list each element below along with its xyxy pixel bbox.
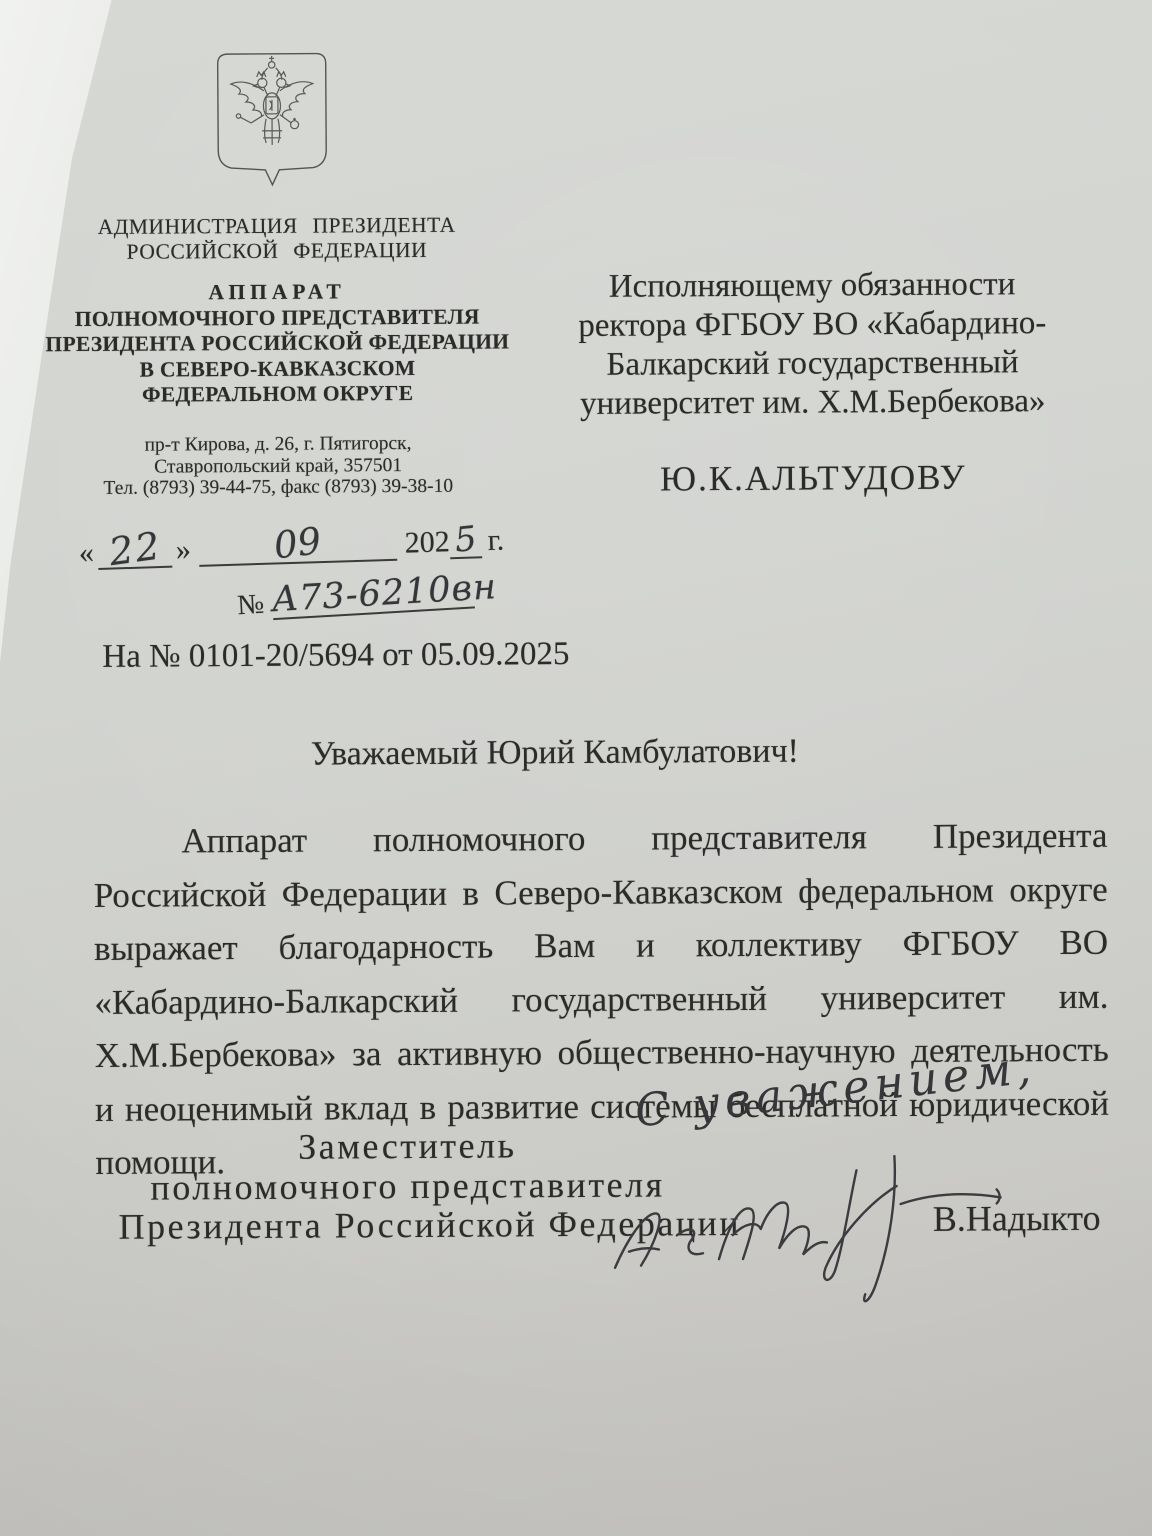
handwritten-year-digit: 5: [453, 519, 479, 561]
year-printed: 202: [404, 525, 450, 560]
address-line: пр-т Кирова, д. 26, г. Пятигорск,: [38, 432, 518, 456]
address-line: Тел. (8793) 39-44-75, факс (8793) 39-38-…: [38, 475, 518, 499]
letterhead-office-line: В СЕВЕРО-КАВКАЗСКОМ: [27, 355, 527, 384]
date-day-slot: 22: [97, 522, 172, 570]
coat-of-arms-icon: [216, 52, 329, 193]
handwritten-day: 22: [106, 523, 164, 574]
letterhead-line: АДМИНИСТРАЦИЯ ПРЕЗИДЕНТА: [37, 212, 517, 240]
year-suffix: г.: [487, 524, 504, 558]
reference-line: На № 0101-20/5694 от 05.09.2025: [102, 636, 569, 676]
letter-page: АДМИНИСТРАЦИЯ ПРЕЗИДЕНТА РОССИЙСКОЙ ФЕДЕ…: [0, 0, 1152, 1536]
handwritten-month: 09: [272, 519, 324, 567]
letterhead-office-line: ФЕДЕРАЛЬНОМ ОКРУГЕ: [28, 380, 528, 409]
outgoing-number-line: № А73-6210вн: [236, 566, 475, 622]
recipient-line: Балкарский государственный: [569, 343, 1055, 385]
date-month-slot: 09: [198, 516, 397, 567]
quote-open: «: [78, 536, 94, 570]
recipient-block: Исполняющему обязанности ректора ФГБОУ В…: [569, 265, 1056, 424]
date-line: « 22 » 09 202 5 г.: [78, 511, 529, 571]
quote-close: »: [175, 533, 191, 567]
recipient-line: Исполняющему обязанности: [569, 265, 1055, 307]
letterhead-office-line: ПРЕЗИДЕНТА РОССИЙСКОЙ ФЕДЕРАЦИИ: [27, 329, 527, 358]
number-slot: А73-6210вн: [271, 566, 475, 620]
recipient-line: университет им. Х.М.Бербекова»: [570, 382, 1056, 424]
letterhead-office-line: АППАРАТ: [27, 278, 527, 307]
address-line: Ставропольский край, 357501: [38, 454, 518, 478]
date-year-slot: 5: [449, 516, 482, 559]
letterhead-office-line: ПОЛНОМОЧНОГО ПРЕДСТАВИТЕЛЯ: [27, 304, 527, 333]
handwritten-number: А73-6210вн: [271, 567, 498, 620]
letterhead-office: АППАРАТ ПОЛНОМОЧНОГО ПРЕДСТАВИТЕЛЯ ПРЕЗИ…: [27, 278, 528, 409]
letter-photo: АДМИНИСТРАЦИЯ ПРЕЗИДЕНТА РОССИЙСКОЙ ФЕДЕ…: [0, 0, 1152, 1536]
recipient-line: ректора ФГБОУ ВО «Кабардино-: [569, 304, 1055, 346]
salutation: Уважаемый Юрий Камбулатович!: [55, 731, 1055, 775]
letterhead-line: РОССИЙСКОЙ ФЕДЕРАЦИИ: [37, 237, 517, 265]
signer-name: В.Надыкто: [933, 1197, 1101, 1240]
letterhead-administration: АДМИНИСТРАЦИЯ ПРЕЗИДЕНТА РОССИЙСКОЙ ФЕДЕ…: [37, 212, 517, 265]
recipient-name: Ю.К.АЛЬТУДОВУ: [570, 457, 1056, 500]
letterhead-address: пр-т Кирова, д. 26, г. Пятигорск, Ставро…: [38, 432, 518, 499]
number-label: №: [236, 589, 265, 623]
